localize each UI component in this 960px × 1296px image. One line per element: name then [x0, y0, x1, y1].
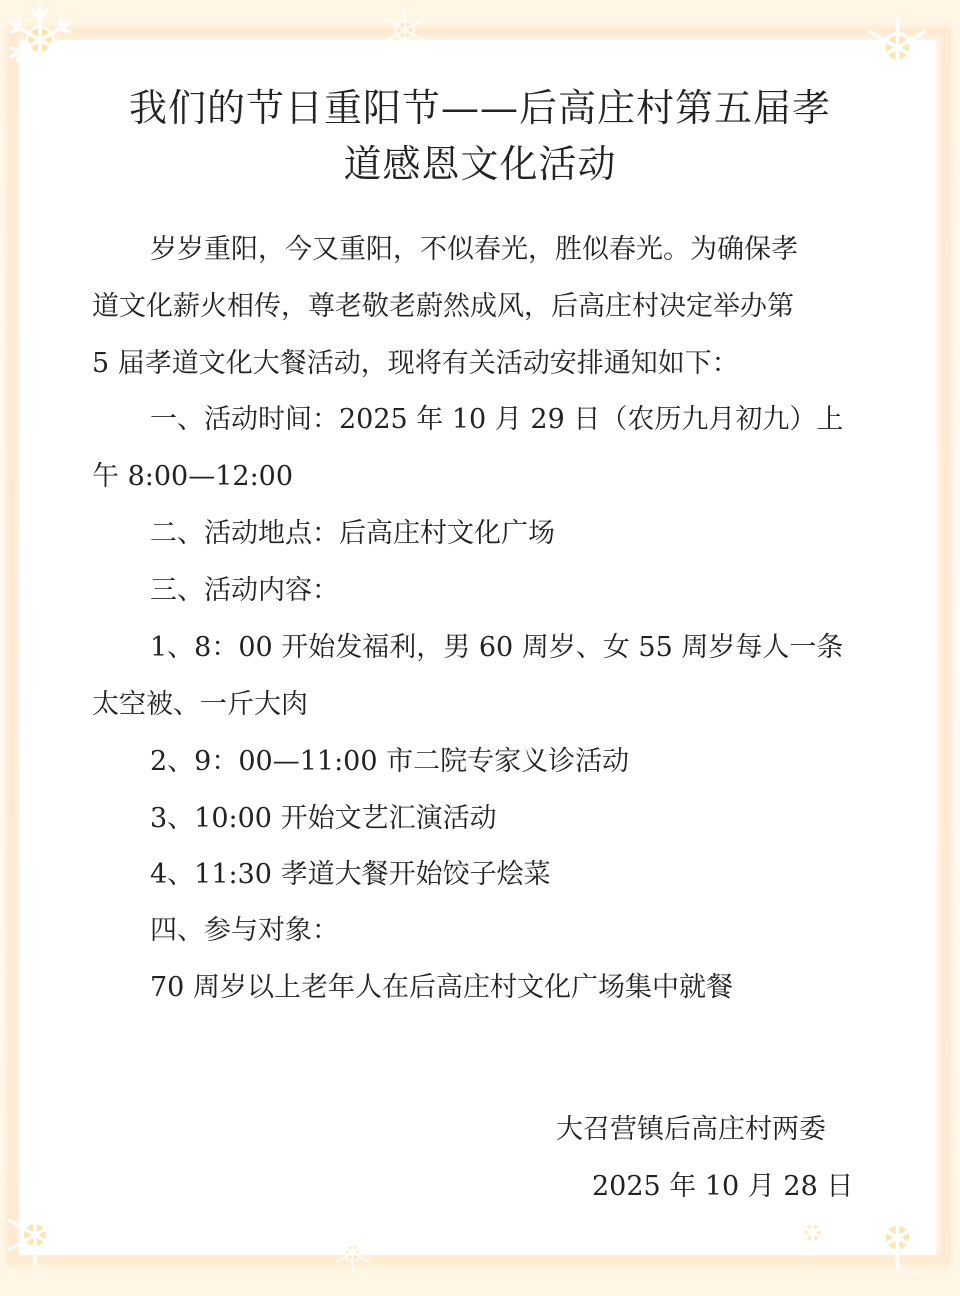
content-item: 1、8：00 开始发福利，男 60 周岁、女 55 周岁每人一条	[150, 628, 843, 668]
intro-line: 岁岁重阳，今又重阳，不似春光，胜似春光。为确保孝	[150, 230, 798, 270]
document-title-line2: 道感恩文化活动	[0, 136, 960, 192]
snowflake-icon	[785, 1205, 840, 1260]
content-item: 2、9：00—11:00 市二院专家义诊活动	[150, 742, 629, 782]
section-content-heading: 三、活动内容：	[150, 571, 339, 611]
section-location: 二、活动地点：后高庄村文化广场	[150, 514, 555, 554]
content-item-cont: 太空被、一斤大肉	[92, 685, 308, 725]
content-item: 4、11:30 孝道大餐开始饺子烩菜	[150, 855, 551, 895]
snowflake-icon	[860, 1200, 935, 1275]
intro-line: 道文化薪火相传，尊老敬老蔚然成风，后高庄村决定举办第	[92, 287, 794, 327]
snowflake-icon	[0, 0, 80, 80]
issuer-signature: 大召营镇后高庄村两委	[556, 1110, 826, 1150]
snowflake-icon	[860, 10, 935, 85]
issue-date: 2025 年 10 月 28 日	[592, 1167, 853, 1207]
snowflake-icon	[0, 1200, 70, 1270]
intro-line: 5 届孝道文化大餐活动，现将有关活动安排通知如下：	[92, 344, 739, 384]
section-participants-heading: 四、参与对象：	[150, 911, 339, 951]
content-item: 3、10:00 开始文艺汇演活动	[150, 799, 497, 839]
section-time: 一、活动时间：2025 年 10 月 29 日（农历九月初九）上	[150, 400, 843, 440]
snowflake-icon	[330, 1230, 375, 1275]
section-time-cont: 午 8:00—12:00	[92, 457, 293, 497]
section-participants: 70 周岁以上老年人在后高庄村文化广场集中就餐	[150, 968, 733, 1008]
document-title-line1: 我们的节日重阳节——后高庄村第五届孝	[0, 80, 960, 136]
snowflake-icon	[380, 5, 430, 55]
